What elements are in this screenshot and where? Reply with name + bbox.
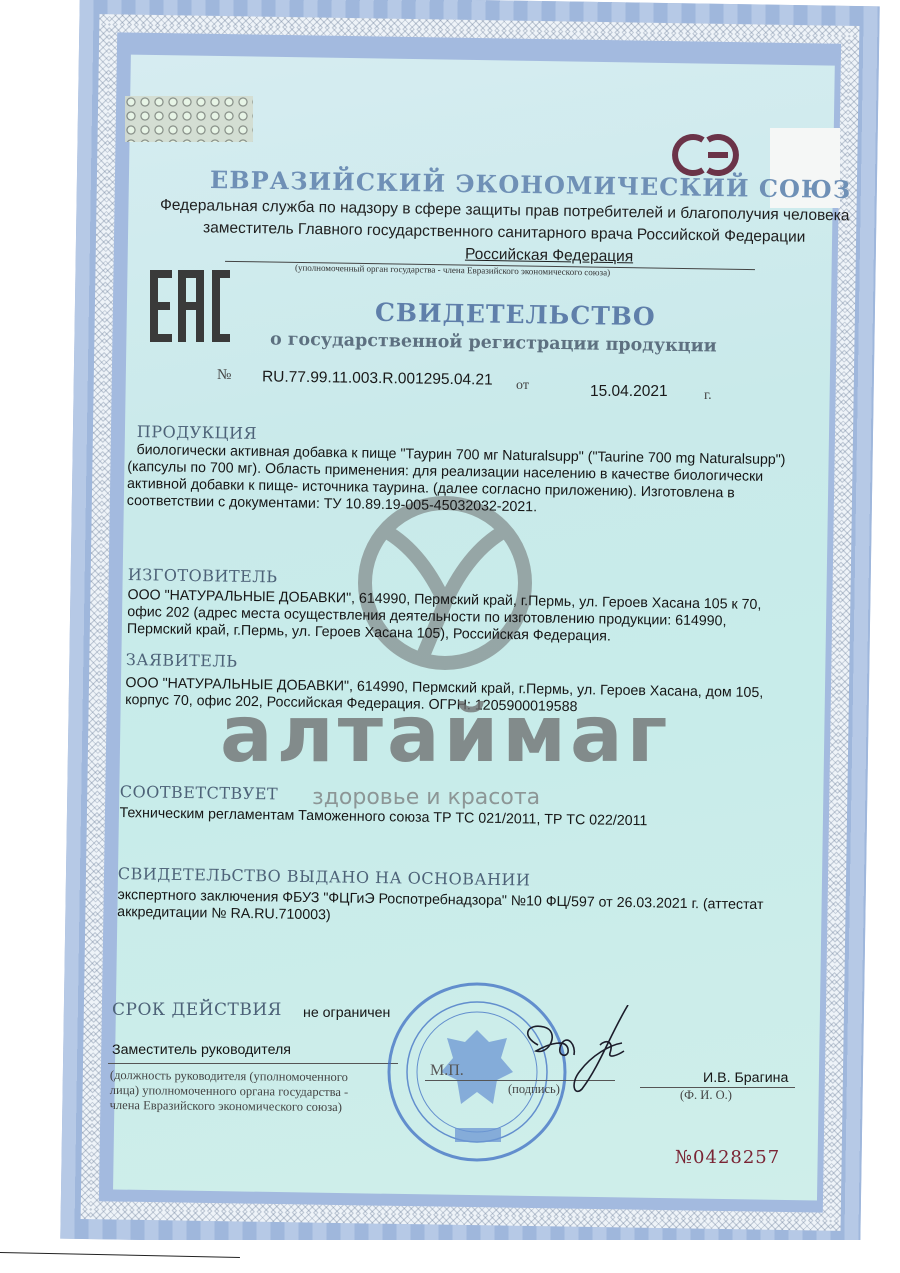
watermark-brand: алтаймаг	[220, 690, 671, 780]
name-caption: (Ф. И. О.)	[680, 1088, 732, 1103]
year-suffix: г.	[704, 388, 712, 404]
se-logo-icon	[670, 132, 746, 178]
validity-heading: СРОК ДЕЙСТВИЯ	[112, 1000, 282, 1020]
signature-icon	[510, 1005, 650, 1095]
country-line: Российская Федерация	[465, 246, 633, 267]
product-section: ПРОДУКЦИЯ биологически активная добавка …	[136, 422, 786, 520]
seal-label: М.П.	[430, 1062, 464, 1080]
registration-date: 15.04.2021	[590, 383, 668, 401]
registration-number: RU.77.99.11.003.R.001295.04.21	[262, 368, 493, 389]
eac-mark-icon	[150, 270, 230, 342]
position-rule	[108, 1063, 398, 1064]
signer-name: И.В. Брагина	[703, 1070, 788, 1087]
position-note-line: члена Евразийского экономического союза)	[110, 1098, 349, 1115]
form-number: №0428257	[675, 1147, 780, 1168]
hologram-sticker	[125, 96, 253, 142]
manufacturer-section: ИЗГОТОВИТЕЛЬ ООО "НАТУРАЛЬНЫЕ ДОБАВКИ", …	[127, 565, 762, 648]
basis-section: СВИДЕТЕЛЬСТВО ВЫДАНО НА ОСНОВАНИИ экспер…	[117, 864, 764, 931]
position-note: (должность руководителя (уполномоченного…	[110, 1068, 349, 1115]
number-label: №	[217, 367, 231, 384]
certificate-title: СВИДЕТЕЛЬСТВО	[375, 298, 656, 331]
validity-value: не ограничен	[303, 1005, 390, 1022]
conformity-section: СООТВЕТСТВУЕТ Техническим регламентам Та…	[119, 782, 647, 830]
signer-position: Заместитель руководителя	[112, 1042, 291, 1059]
from-label: от	[516, 378, 529, 394]
scan-margin	[0, 1240, 900, 1273]
